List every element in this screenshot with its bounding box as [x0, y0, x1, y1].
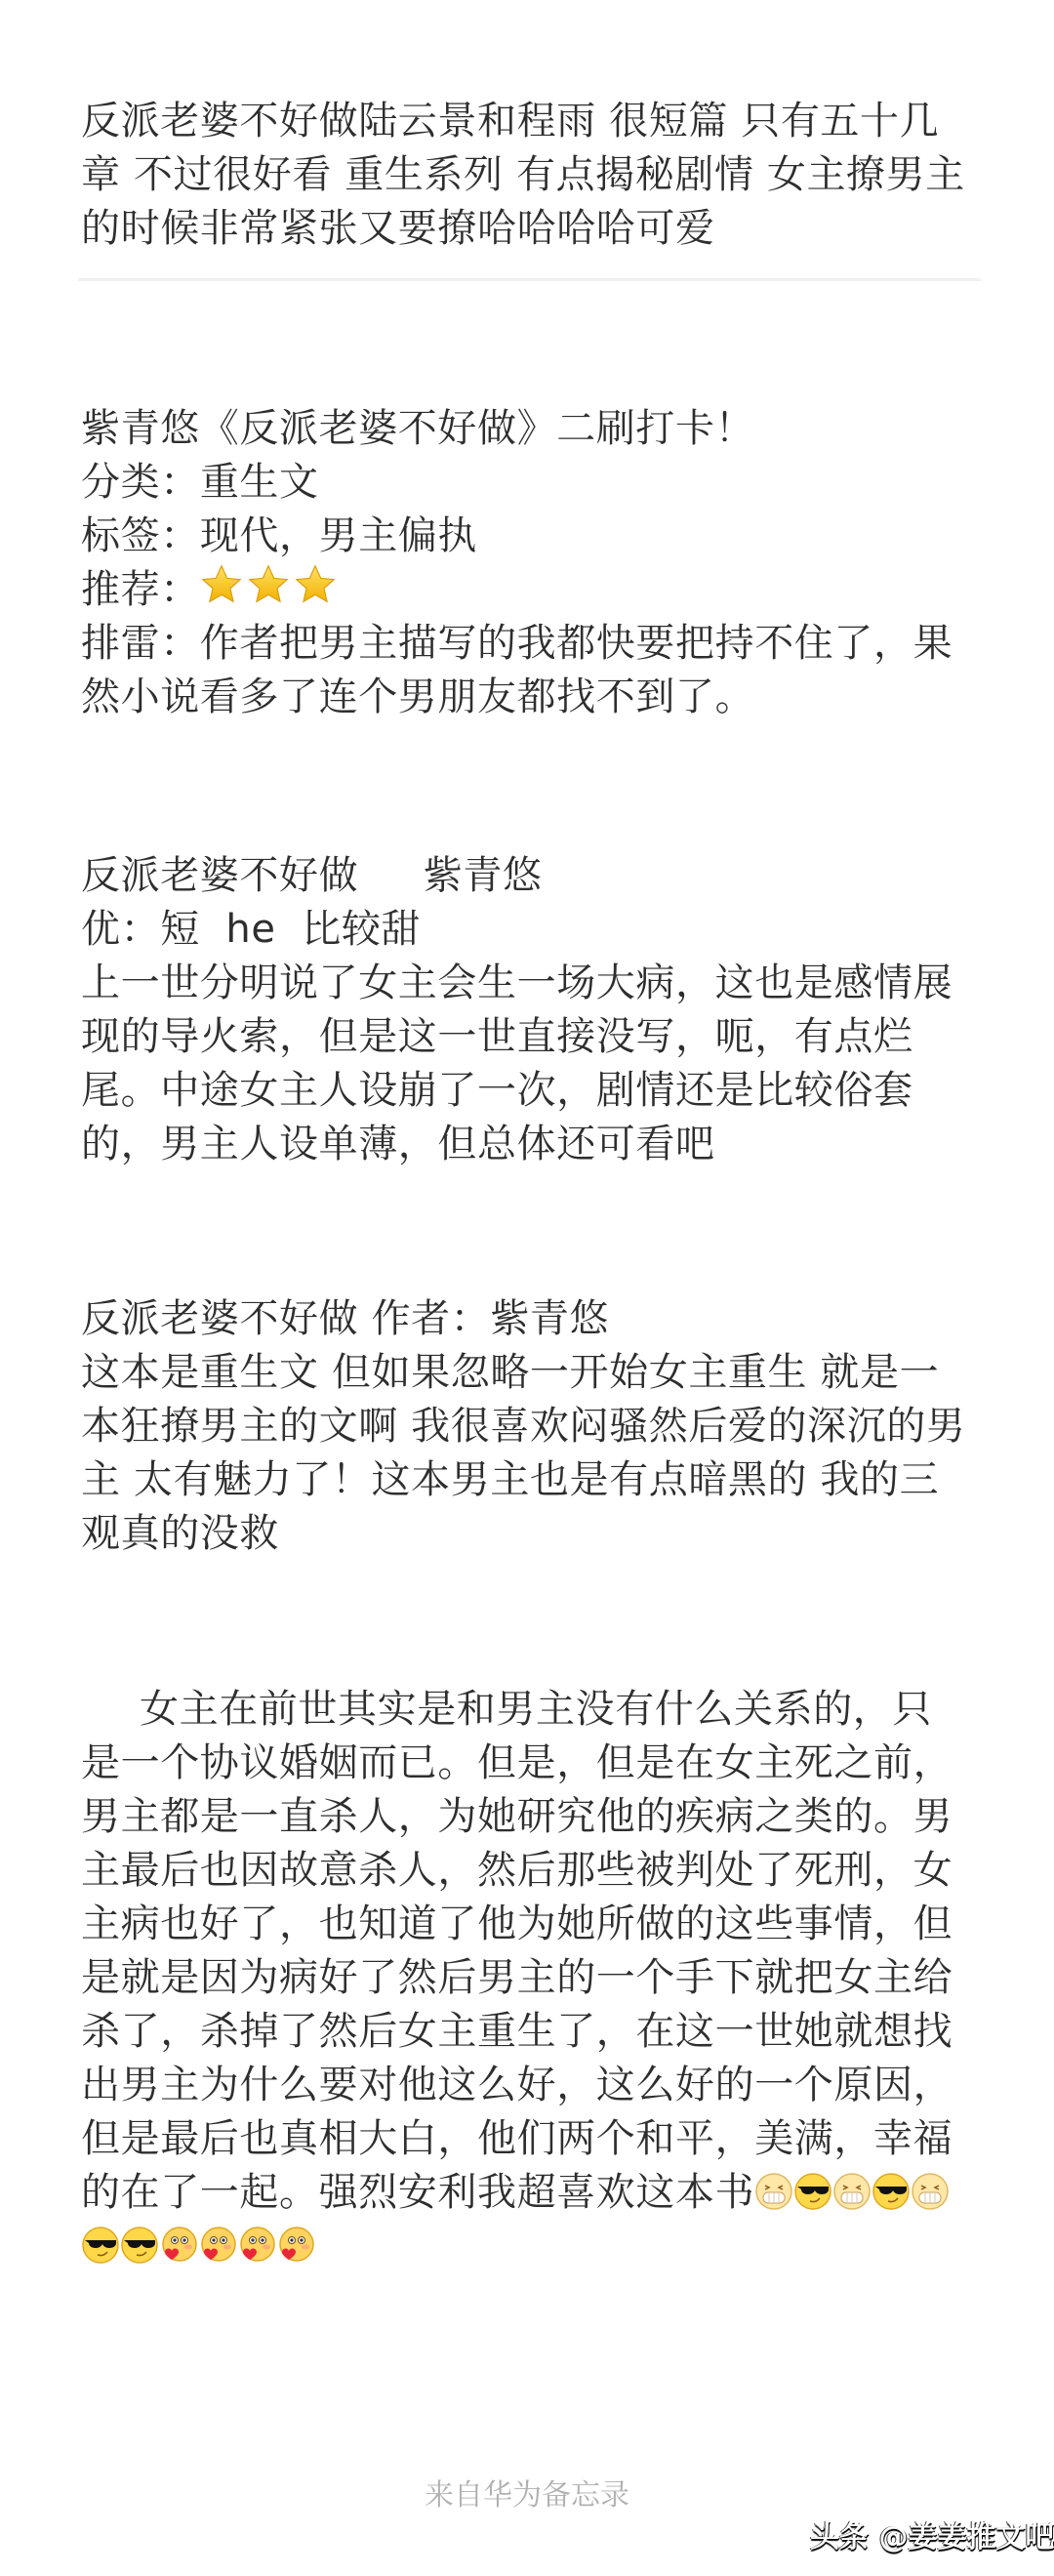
cool-emoji-icon — [872, 2172, 911, 2211]
emoji-row-1 — [754, 2170, 950, 2215]
grin-emoji-icon — [832, 2172, 872, 2211]
category-row: 分类：重生文 — [81, 456, 998, 510]
review-4: 反派老婆不好做 作者：紫青悠 这本是重生文 但如果忽略一开始女主重生 就是一 本… — [81, 1292, 998, 1561]
warning-line-1: 排雷：作者把男主描写的我都快要把持不住了，果 — [81, 617, 998, 671]
kiss-heart-emoji-icon — [276, 2226, 315, 2265]
tags-row: 标签：现代，男主偏执 — [81, 510, 998, 563]
review-3-line-3: 上一世分明说了女主会生一场大病，这也是感情展 — [81, 957, 998, 1010]
review-3-line-6: 的，男主人设单薄，但总体还可看吧 — [81, 1118, 998, 1171]
review-5-line-7: 杀了，杀掉了然后女主重生了，在这一世她就想找 — [81, 2005, 998, 2059]
grin-emoji-icon — [911, 2172, 950, 2211]
review-3: 反派老婆不好做 紫青悠 优：短 he 比较甜 上一世分明说了女主会生一场大病，这… — [81, 849, 998, 1171]
cool-emoji-icon — [81, 2226, 120, 2265]
review-2-title: 紫青悠《反派老婆不好做》二刷打卡！ — [81, 402, 998, 456]
star-icon — [200, 563, 243, 606]
review-2: 紫青悠《反派老婆不好做》二刷打卡！ 分类：重生文 标签：现代，男主偏执 推荐： … — [81, 402, 998, 724]
warning-line-2: 然小说看多了连个男朋友都找不到了。 — [81, 671, 998, 724]
rating-stars — [200, 563, 337, 606]
star-icon — [247, 563, 290, 606]
review-3-pros: 优：短 he 比较甜 — [81, 903, 998, 957]
review-5-line-9: 但是最后也真相大白，他们两个和平，美满，幸福 — [81, 2112, 998, 2166]
review-1-line-3: 的时候非常紧张又要撩哈哈哈哈可爱 — [81, 202, 998, 256]
review-4-line-4: 主 太有魅力了！这本男主也是有点暗黑的 我的三 — [81, 1453, 998, 1507]
review-5-line-10: 的在了一起。强烈安利我超喜欢这本书 — [81, 2166, 998, 2220]
watermark: 头条 @姜姜推文吧 — [810, 2520, 1054, 2556]
review-4-title: 反派老婆不好做 作者：紫青悠 — [81, 1292, 998, 1346]
kiss-heart-emoji-icon — [159, 2226, 198, 2265]
kiss-heart-emoji-icon — [237, 2226, 276, 2265]
cool-emoji-icon — [793, 2172, 832, 2211]
tags-value: 现代，男主偏执 — [200, 513, 477, 558]
star-icon — [294, 563, 337, 606]
emoji-row-2 — [81, 2220, 998, 2273]
review-3-line-4: 现的导火索，但是这一世直接没写，呃，有点烂 — [81, 1010, 998, 1064]
review-1-line-1: 反派老婆不好做陆云景和程雨 很短篇 只有五十几 — [81, 95, 998, 148]
grin-emoji-icon — [754, 2172, 793, 2211]
review-5-line-3: 男主都是一直杀人，为她研究他的疾病之类的。男 — [81, 1790, 998, 1844]
source-footer: 来自华为备忘录 — [425, 2476, 629, 2515]
review-3-title: 反派老婆不好做 紫青悠 — [81, 849, 998, 903]
review-5: 女主在前世其实是和男主没有什么关系的，只 是一个协议婚姻而已。但是，但是在女主死… — [81, 1683, 998, 2273]
review-3-line-5: 尾。中途女主人设崩了一次，剧情还是比较俗套 — [81, 1064, 998, 1118]
rating-label: 推荐： — [81, 567, 200, 612]
divider — [78, 278, 981, 281]
review-5-line-6: 是就是因为病好了然后男主的一个手下就把女主给 — [81, 1951, 998, 2005]
kiss-heart-emoji-icon — [198, 2226, 237, 2265]
category-value: 重生文 — [200, 460, 319, 505]
review-4-line-2: 这本是重生文 但如果忽略一开始女主重生 就是一 — [81, 1346, 998, 1400]
review-5-line-1: 女主在前世其实是和男主没有什么关系的，只 — [81, 1683, 998, 1737]
category-label: 分类： — [81, 460, 200, 505]
review-1-line-2: 章 不过很好看 重生系列 有点揭秘剧情 女主撩男主 — [81, 148, 998, 202]
cool-emoji-icon — [120, 2226, 159, 2265]
tags-label: 标签： — [81, 513, 200, 558]
review-5-line-10-text: 的在了一起。强烈安利我超喜欢这本书 — [81, 2170, 754, 2215]
review-4-line-3: 本狂撩男主的文啊 我很喜欢闷骚然后爱的深沉的男 — [81, 1400, 998, 1453]
rating-row: 推荐： — [81, 563, 998, 617]
review-5-line-2: 是一个协议婚姻而已。但是，但是在女主死之前， — [81, 1737, 998, 1790]
review-1: 反派老婆不好做陆云景和程雨 很短篇 只有五十几 章 不过很好看 重生系列 有点揭… — [81, 95, 998, 256]
review-5-line-5: 主病也好了，也知道了他为她所做的这些事情，但 — [81, 1898, 998, 1951]
review-5-line-8: 出男主为什么要对他这么好，这么好的一个原因， — [81, 2059, 998, 2112]
review-5-line-4: 主最后也因故意杀人，然后那些被判处了死刑，女 — [81, 1844, 998, 1898]
review-4-line-5: 观真的没救 — [81, 1507, 998, 1561]
